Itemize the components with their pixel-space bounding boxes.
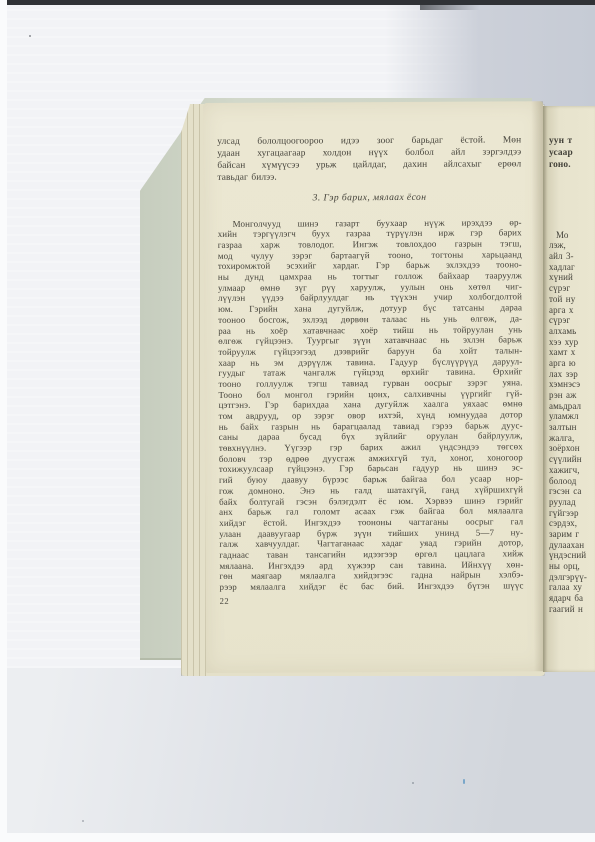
text-line: лэж,	[549, 240, 595, 251]
ink-mark	[463, 779, 465, 784]
text-line: сүрэг	[549, 315, 595, 326]
dust-speck	[82, 820, 84, 822]
text-line: хажигч,	[549, 465, 595, 476]
text-line: хамт х	[549, 347, 595, 358]
dust-speck	[29, 35, 31, 37]
text-line: гаагий н	[549, 604, 595, 615]
text-line: арга х	[549, 305, 595, 316]
section-heading: 3. Гэр барих, мялаах ёсон	[217, 191, 521, 205]
facing-page-text-column: уун тусааргоно. Молэж,айл 3-хадлагхүнийс…	[549, 136, 595, 614]
text-line: ядарч ба	[549, 593, 595, 604]
text-line: сүүлийн	[549, 454, 595, 465]
text-line: байсан хүмүүсээ урьж цайлдаг, дахин айлс…	[217, 159, 521, 172]
page-number: 22	[220, 594, 524, 606]
text-line: той ну	[549, 294, 595, 305]
book-page-left: улсад бололцоогоороо идээ зоог барьдаг ё…	[203, 101, 546, 673]
text-line: үндэсний	[549, 550, 595, 561]
page-text-column: улсад бололцоогоороо идээ зоог барьдаг ё…	[217, 135, 523, 605]
text-line: рээр мялаалга хийдэг ёс бас бий. Ингэхдэ…	[220, 580, 524, 592]
text-line: усаар	[549, 148, 595, 160]
text-line: Мо	[549, 230, 595, 241]
text-line: хээ хур	[549, 337, 595, 348]
text-line: дулаахан	[549, 540, 595, 551]
paragraph-continuation: улсад бололцоогоороо идээ зоог барьдаг ё…	[217, 135, 521, 184]
text-line: руулад	[549, 497, 595, 508]
text-line: рэн аж	[549, 390, 595, 401]
text-line: гоно.	[549, 160, 595, 172]
text-line: лах зэр	[549, 369, 595, 380]
body-paragraph: Монголчууд шинэ газарт буухаар нүүж ирэх…	[218, 217, 524, 593]
text-line: гэсэн са	[549, 486, 595, 497]
text-line: гүйгээр	[549, 508, 595, 519]
page-bottom-shadow	[0, 668, 595, 835]
text-line: хэмнэсэ	[549, 379, 595, 390]
scanner-lid-shadow	[385, 5, 595, 112]
text-line: арга ю	[549, 358, 595, 369]
text-line: хадлаг	[549, 262, 595, 273]
facing-page-body-fragment: Молэж,айл 3-хадлагхүнийсүрэгтой нуарга х…	[549, 230, 595, 615]
scanned-book-photo: улсад бололцоогоороо идээ зоог барьдаг ё…	[0, 0, 595, 842]
text-line: тавьдаг билээ.	[217, 171, 521, 184]
text-line: алхамь	[549, 326, 595, 337]
facing-page-top-fragment: уун тусааргоно.	[549, 136, 595, 172]
text-line: дэлгэрүү-	[549, 572, 595, 583]
text-line: хүний	[549, 272, 595, 283]
text-line: амьдрал	[549, 401, 595, 412]
scan-border-bottom	[0, 833, 595, 842]
text-line: жалга,	[549, 433, 595, 444]
text-line: айл 3-	[549, 251, 595, 262]
text-line: ны орц,	[549, 561, 595, 572]
text-line: болоод	[549, 476, 595, 487]
text-line: уун т	[549, 136, 595, 148]
scan-border-left	[0, 0, 7, 842]
text-line: сэрдэх,	[549, 518, 595, 529]
text-line: зарим г	[549, 529, 595, 540]
book-page-right-sliver: уун тусааргоно. Молэж,айл 3-хадлагхүнийс…	[543, 106, 595, 672]
dust-speck	[412, 782, 414, 784]
text-line: уламжл	[549, 411, 595, 422]
text-line: зоёрхон	[549, 443, 595, 454]
text-line: залтын	[549, 422, 595, 433]
text-line: сүрэг	[549, 283, 595, 294]
text-line: галаа ху	[549, 582, 595, 593]
